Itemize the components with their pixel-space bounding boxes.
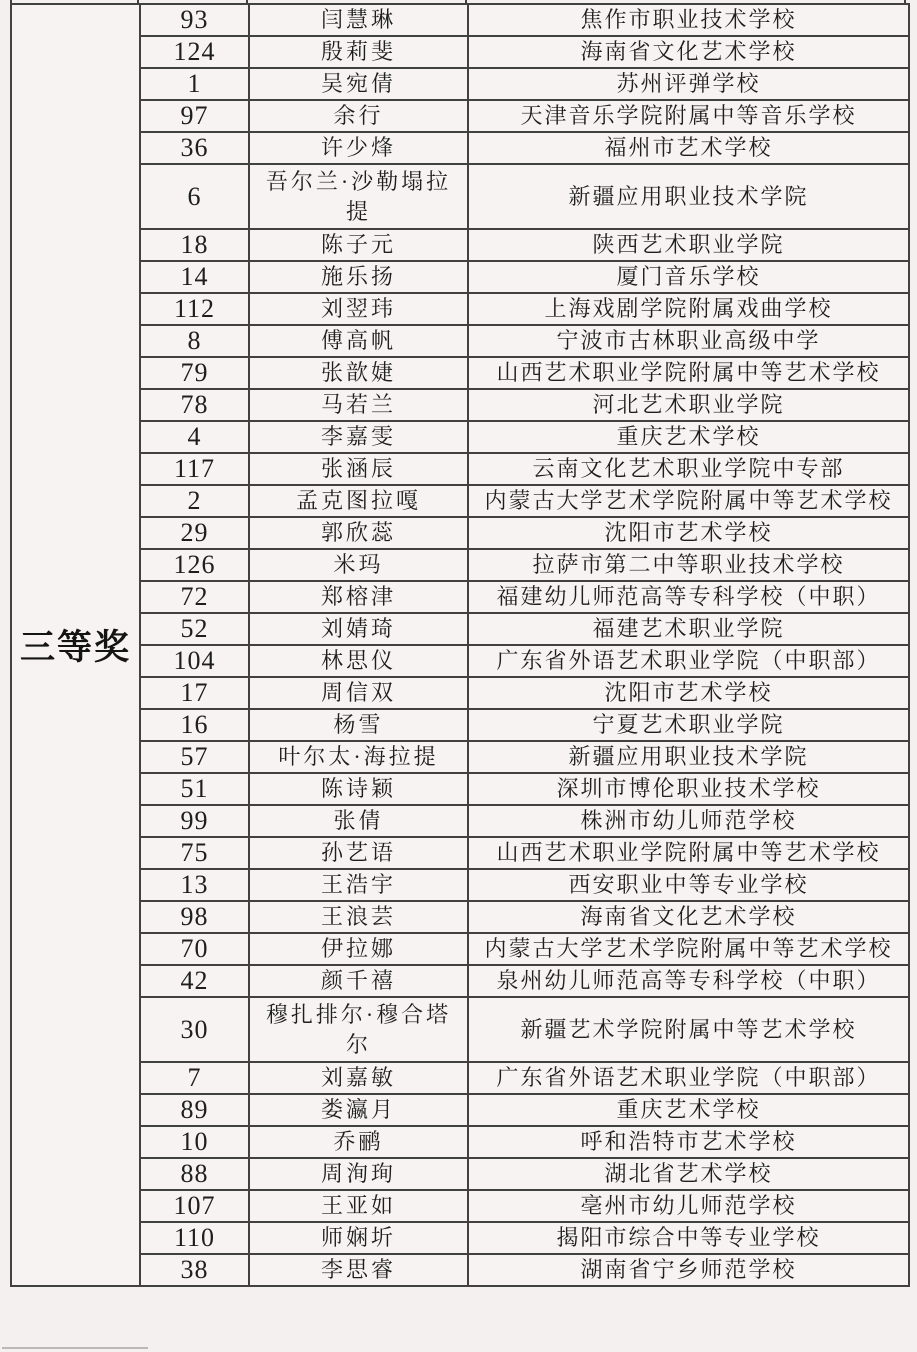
contestant-name-cell: 李嘉雯 bbox=[249, 421, 468, 453]
contestant-name-cell: 马若兰 bbox=[249, 389, 468, 421]
school-name-cell: 海南省文化艺术学校 bbox=[468, 901, 909, 933]
table-row: 97 余行 天津音乐学院附属中等音乐学校 bbox=[11, 100, 909, 132]
school-name-cell: 海南省文化艺术学校 bbox=[468, 36, 909, 68]
school-name-cell: 广东省外语艺术职业学院（中职部） bbox=[468, 1062, 909, 1094]
school-name-cell: 宁夏艺术职业学院 bbox=[468, 709, 909, 741]
contestant-number-cell: 126 bbox=[140, 549, 249, 581]
table-row: 1 吴宛倩 苏州评弹学校 bbox=[11, 68, 909, 100]
table-row: 79 张歆婕 山西艺术职业学院附属中等艺术学校 bbox=[11, 357, 909, 389]
contestant-number-cell: 78 bbox=[140, 389, 249, 421]
contestant-name-cell: 孟克图拉嘎 bbox=[249, 485, 468, 517]
school-name-cell: 福建艺术职业学院 bbox=[468, 613, 909, 645]
table-row: 99 张倩 株洲市幼儿师范学校 bbox=[11, 805, 909, 837]
school-name-cell: 山西艺术职业学院附属中等艺术学校 bbox=[468, 357, 909, 389]
contestant-number-cell: 52 bbox=[140, 613, 249, 645]
contestant-number-cell: 17 bbox=[140, 677, 249, 709]
table-row: 29 郭欣蕊 沈阳市艺术学校 bbox=[11, 517, 909, 549]
contestant-name-cell: 孙艺语 bbox=[249, 837, 468, 869]
contestant-name-cell: 刘翌玮 bbox=[249, 293, 468, 325]
contestant-name-cell: 余行 bbox=[249, 100, 468, 132]
table-row: 110 师娴圻 揭阳市综合中等专业学校 bbox=[11, 1222, 909, 1254]
contestant-name-cell: 张歆婕 bbox=[249, 357, 468, 389]
contestant-number-cell: 124 bbox=[140, 36, 249, 68]
school-name-cell: 山西艺术职业学院附属中等艺术学校 bbox=[468, 837, 909, 869]
contestant-name-cell: 吴宛倩 bbox=[249, 68, 468, 100]
school-name-cell: 广东省外语艺术职业学院（中职部） bbox=[468, 645, 909, 677]
table-row: 13 王浩宇 西安职业中等专业学校 bbox=[11, 869, 909, 901]
contestant-name-cell: 殷莉斐 bbox=[249, 36, 468, 68]
contestant-number-cell: 89 bbox=[140, 1094, 249, 1126]
table-row: 7 刘嘉敏 广东省外语艺术职业学院（中职部） bbox=[11, 1062, 909, 1094]
table-row: 89 娄瀛月 重庆艺术学校 bbox=[11, 1094, 909, 1126]
contestant-name-cell: 施乐扬 bbox=[249, 261, 468, 293]
contestant-name-cell: 颜千禧 bbox=[249, 965, 468, 997]
school-name-cell: 焦作市职业技术学校 bbox=[468, 4, 909, 36]
contestant-number-cell: 29 bbox=[140, 517, 249, 549]
contestant-name-cell: 周洵珣 bbox=[249, 1158, 468, 1190]
award-tier-label: 三等奖 bbox=[20, 628, 131, 667]
contestant-name-cell: 王亚如 bbox=[249, 1190, 468, 1222]
contestant-number-cell: 72 bbox=[140, 581, 249, 613]
table-row: 30 穆扎排尔·穆合塔尔 新疆艺术学院附属中等艺术学校 bbox=[11, 997, 909, 1062]
school-name-cell: 泉州幼儿师范高等专科学校（中职） bbox=[468, 965, 909, 997]
contestant-name-cell: 闫慧琳 bbox=[249, 4, 468, 36]
contestant-number-cell: 10 bbox=[140, 1126, 249, 1158]
contestant-number-cell: 1 bbox=[140, 68, 249, 100]
page-artifact-line bbox=[2, 1347, 148, 1349]
award-table-body: 三等奖93 闫慧琳 焦作市职业技术学校 124 殷莉斐 海南省文化艺术学校 1 … bbox=[11, 4, 909, 1286]
table-row: 2 孟克图拉嘎 内蒙古大学艺术学院附属中等艺术学校 bbox=[11, 485, 909, 517]
table-row: 6 吾尔兰·沙勒塌拉提 新疆应用职业技术学院 bbox=[11, 164, 909, 229]
school-name-cell: 内蒙古大学艺术学院附属中等艺术学校 bbox=[468, 933, 909, 965]
contestant-name-cell: 张涵辰 bbox=[249, 453, 468, 485]
contestant-number-cell: 18 bbox=[140, 229, 249, 261]
school-name-cell: 湖南省宁乡师范学校 bbox=[468, 1254, 909, 1286]
school-name-cell: 沈阳市艺术学校 bbox=[468, 677, 909, 709]
contestant-name-cell: 张倩 bbox=[249, 805, 468, 837]
school-name-cell: 重庆艺术学校 bbox=[468, 1094, 909, 1126]
table-row: 17 周信双 沈阳市艺术学校 bbox=[11, 677, 909, 709]
award-list-page: 三等奖93 闫慧琳 焦作市职业技术学校 124 殷莉斐 海南省文化艺术学校 1 … bbox=[0, 0, 917, 1352]
school-name-cell: 天津音乐学院附属中等音乐学校 bbox=[468, 100, 909, 132]
table-row: 88 周洵珣 湖北省艺术学校 bbox=[11, 1158, 909, 1190]
contestant-name-cell: 王浪芸 bbox=[249, 901, 468, 933]
school-name-cell: 福州市艺术学校 bbox=[468, 132, 909, 164]
school-name-cell: 福建幼儿师范高等专科学校（中职） bbox=[468, 581, 909, 613]
contestant-name-cell: 穆扎排尔·穆合塔尔 bbox=[249, 997, 468, 1062]
award-tier-cell: 三等奖 bbox=[11, 4, 140, 1286]
contestant-name-cell: 郑榕津 bbox=[249, 581, 468, 613]
school-name-cell: 湖北省艺术学校 bbox=[468, 1158, 909, 1190]
table-row: 124 殷莉斐 海南省文化艺术学校 bbox=[11, 36, 909, 68]
contestant-number-cell: 16 bbox=[140, 709, 249, 741]
table-row: 4 李嘉雯 重庆艺术学校 bbox=[11, 421, 909, 453]
contestant-number-cell: 14 bbox=[140, 261, 249, 293]
contestant-name-cell: 李思睿 bbox=[249, 1254, 468, 1286]
contestant-number-cell: 36 bbox=[140, 132, 249, 164]
school-name-cell: 揭阳市综合中等专业学校 bbox=[468, 1222, 909, 1254]
contestant-number-cell: 70 bbox=[140, 933, 249, 965]
contestant-name-cell: 师娴圻 bbox=[249, 1222, 468, 1254]
school-name-cell: 亳州市幼儿师范学校 bbox=[468, 1190, 909, 1222]
contestant-name-cell: 吾尔兰·沙勒塌拉提 bbox=[249, 164, 468, 229]
contestant-number-cell: 6 bbox=[140, 164, 249, 229]
school-name-cell: 内蒙古大学艺术学院附属中等艺术学校 bbox=[468, 485, 909, 517]
table-row: 75 孙艺语 山西艺术职业学院附属中等艺术学校 bbox=[11, 837, 909, 869]
school-name-cell: 沈阳市艺术学校 bbox=[468, 517, 909, 549]
school-name-cell: 上海戏剧学院附属戏曲学校 bbox=[468, 293, 909, 325]
table-row: 70 伊拉娜 内蒙古大学艺术学院附属中等艺术学校 bbox=[11, 933, 909, 965]
school-name-cell: 厦门音乐学校 bbox=[468, 261, 909, 293]
contestant-name-cell: 刘婧琦 bbox=[249, 613, 468, 645]
contestant-name-cell: 叶尔太·海拉提 bbox=[249, 741, 468, 773]
contestant-number-cell: 97 bbox=[140, 100, 249, 132]
contestant-name-cell: 王浩宇 bbox=[249, 869, 468, 901]
table-row: 38 李思睿 湖南省宁乡师范学校 bbox=[11, 1254, 909, 1286]
table-row: 42 颜千禧 泉州幼儿师范高等专科学校（中职） bbox=[11, 965, 909, 997]
contestant-number-cell: 110 bbox=[140, 1222, 249, 1254]
school-name-cell: 西安职业中等专业学校 bbox=[468, 869, 909, 901]
contestant-name-cell: 陈诗颖 bbox=[249, 773, 468, 805]
contestant-name-cell: 伊拉娜 bbox=[249, 933, 468, 965]
school-name-cell: 宁波市古林职业高级中学 bbox=[468, 325, 909, 357]
school-name-cell: 新疆应用职业技术学院 bbox=[468, 741, 909, 773]
table-row: 104 林思仪 广东省外语艺术职业学院（中职部） bbox=[11, 645, 909, 677]
table-row: 126 米玛 拉萨市第二中等职业技术学校 bbox=[11, 549, 909, 581]
contestant-name-cell: 陈子元 bbox=[249, 229, 468, 261]
table-row: 112 刘翌玮 上海戏剧学院附属戏曲学校 bbox=[11, 293, 909, 325]
contestant-number-cell: 8 bbox=[140, 325, 249, 357]
school-name-cell: 拉萨市第二中等职业技术学校 bbox=[468, 549, 909, 581]
contestant-name-cell: 傅高帆 bbox=[249, 325, 468, 357]
table-row: 52 刘婧琦 福建艺术职业学院 bbox=[11, 613, 909, 645]
contestant-number-cell: 38 bbox=[140, 1254, 249, 1286]
contestant-name-cell: 乔鹂 bbox=[249, 1126, 468, 1158]
contestant-number-cell: 13 bbox=[140, 869, 249, 901]
table-row: 117 张涵辰 云南文化艺术职业学院中专部 bbox=[11, 453, 909, 485]
contestant-number-cell: 88 bbox=[140, 1158, 249, 1190]
table-row: 18 陈子元 陕西艺术职业学院 bbox=[11, 229, 909, 261]
contestant-name-cell: 刘嘉敏 bbox=[249, 1062, 468, 1094]
contestant-number-cell: 79 bbox=[140, 357, 249, 389]
table-row: 78 马若兰 河北艺术职业学院 bbox=[11, 389, 909, 421]
table-row: 72 郑榕津 福建幼儿师范高等专科学校（中职） bbox=[11, 581, 909, 613]
contestant-name-cell: 杨雪 bbox=[249, 709, 468, 741]
school-name-cell: 新疆艺术学院附属中等艺术学校 bbox=[468, 997, 909, 1062]
contestant-number-cell: 57 bbox=[140, 741, 249, 773]
contestant-number-cell: 51 bbox=[140, 773, 249, 805]
school-name-cell: 深圳市博伦职业技术学校 bbox=[468, 773, 909, 805]
contestant-number-cell: 98 bbox=[140, 901, 249, 933]
contestant-number-cell: 112 bbox=[140, 293, 249, 325]
table-row: 10 乔鹂 呼和浩特市艺术学校 bbox=[11, 1126, 909, 1158]
contestant-name-cell: 许少烽 bbox=[249, 132, 468, 164]
contestant-number-cell: 2 bbox=[140, 485, 249, 517]
contestant-number-cell: 30 bbox=[140, 997, 249, 1062]
school-name-cell: 陕西艺术职业学院 bbox=[468, 229, 909, 261]
school-name-cell: 重庆艺术学校 bbox=[468, 421, 909, 453]
school-name-cell: 河北艺术职业学院 bbox=[468, 389, 909, 421]
contestant-name-cell: 林思仪 bbox=[249, 645, 468, 677]
contestant-name-cell: 郭欣蕊 bbox=[249, 517, 468, 549]
table-row: 57 叶尔太·海拉提 新疆应用职业技术学院 bbox=[11, 741, 909, 773]
contestant-number-cell: 93 bbox=[140, 4, 249, 36]
school-name-cell: 呼和浩特市艺术学校 bbox=[468, 1126, 909, 1158]
contestant-name-cell: 周信双 bbox=[249, 677, 468, 709]
contestant-number-cell: 7 bbox=[140, 1062, 249, 1094]
table-row: 14 施乐扬 厦门音乐学校 bbox=[11, 261, 909, 293]
table-row: 8 傅高帆 宁波市古林职业高级中学 bbox=[11, 325, 909, 357]
school-name-cell: 株洲市幼儿师范学校 bbox=[468, 805, 909, 837]
contestant-name-cell: 娄瀛月 bbox=[249, 1094, 468, 1126]
award-table: 三等奖93 闫慧琳 焦作市职业技术学校 124 殷莉斐 海南省文化艺术学校 1 … bbox=[10, 3, 910, 1287]
contestant-number-cell: 75 bbox=[140, 837, 249, 869]
school-name-cell: 苏州评弹学校 bbox=[468, 68, 909, 100]
school-name-cell: 云南文化艺术职业学院中专部 bbox=[468, 453, 909, 485]
contestant-name-cell: 米玛 bbox=[249, 549, 468, 581]
contestant-number-cell: 99 bbox=[140, 805, 249, 837]
contestant-number-cell: 104 bbox=[140, 645, 249, 677]
contestant-number-cell: 42 bbox=[140, 965, 249, 997]
table-row: 51 陈诗颖 深圳市博伦职业技术学校 bbox=[11, 773, 909, 805]
table-row: 98 王浪芸 海南省文化艺术学校 bbox=[11, 901, 909, 933]
school-name-cell: 新疆应用职业技术学院 bbox=[468, 164, 909, 229]
contestant-number-cell: 107 bbox=[140, 1190, 249, 1222]
table-row: 16 杨雪 宁夏艺术职业学院 bbox=[11, 709, 909, 741]
table-row: 三等奖93 闫慧琳 焦作市职业技术学校 bbox=[11, 4, 909, 36]
table-row: 107 王亚如 亳州市幼儿师范学校 bbox=[11, 1190, 909, 1222]
contestant-number-cell: 4 bbox=[140, 421, 249, 453]
contestant-number-cell: 117 bbox=[140, 453, 249, 485]
table-row: 36 许少烽 福州市艺术学校 bbox=[11, 132, 909, 164]
